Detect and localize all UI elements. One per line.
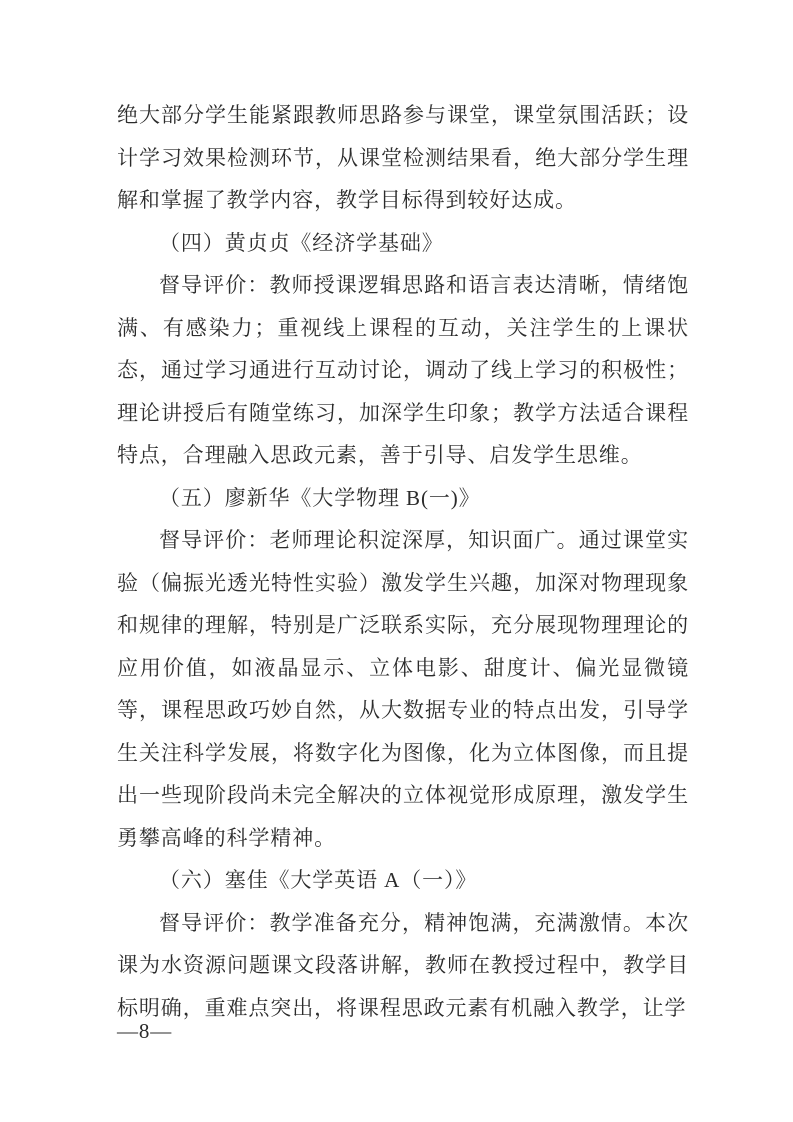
continuation-paragraph: 绝大部分学生能紧跟教师思路参与课堂，课堂氛围活跃；设计学习效果检测环节，从课堂检… — [117, 94, 689, 222]
document-body: 绝大部分学生能紧跟教师思路参与课堂，课堂氛围活跃；设计学习效果检测环节，从课堂检… — [117, 94, 689, 1029]
evaluation-paragraph-5: 督导评价：老师理论积淀深厚，知识面广。通过课堂实验（偏振光透光特性实验）激发学生… — [117, 519, 689, 859]
evaluation-paragraph-4: 督导评价：教师授课逻辑思路和语言表达清晰，情绪饱满、有感染力；重视线上课程的互动… — [117, 264, 689, 477]
evaluation-paragraph-6: 督导评价：教学准备充分，精神饱满，充满激情。本次课为水资源问题课文段落讲解，教师… — [117, 902, 689, 1030]
section-heading-5: （五）廖新华《大学物理 B(一)》 — [117, 477, 689, 520]
section-heading-6: （六）塞佳《大学英语 A（一）》 — [117, 859, 689, 902]
document-page: 绝大部分学生能紧跟教师思路参与课堂，课堂氛围活跃；设计学习效果检测环节，从课堂检… — [0, 0, 793, 1122]
page-number: —8— — [117, 1019, 172, 1043]
section-heading-4: （四）黄贞贞《经济学基础》 — [117, 222, 689, 265]
